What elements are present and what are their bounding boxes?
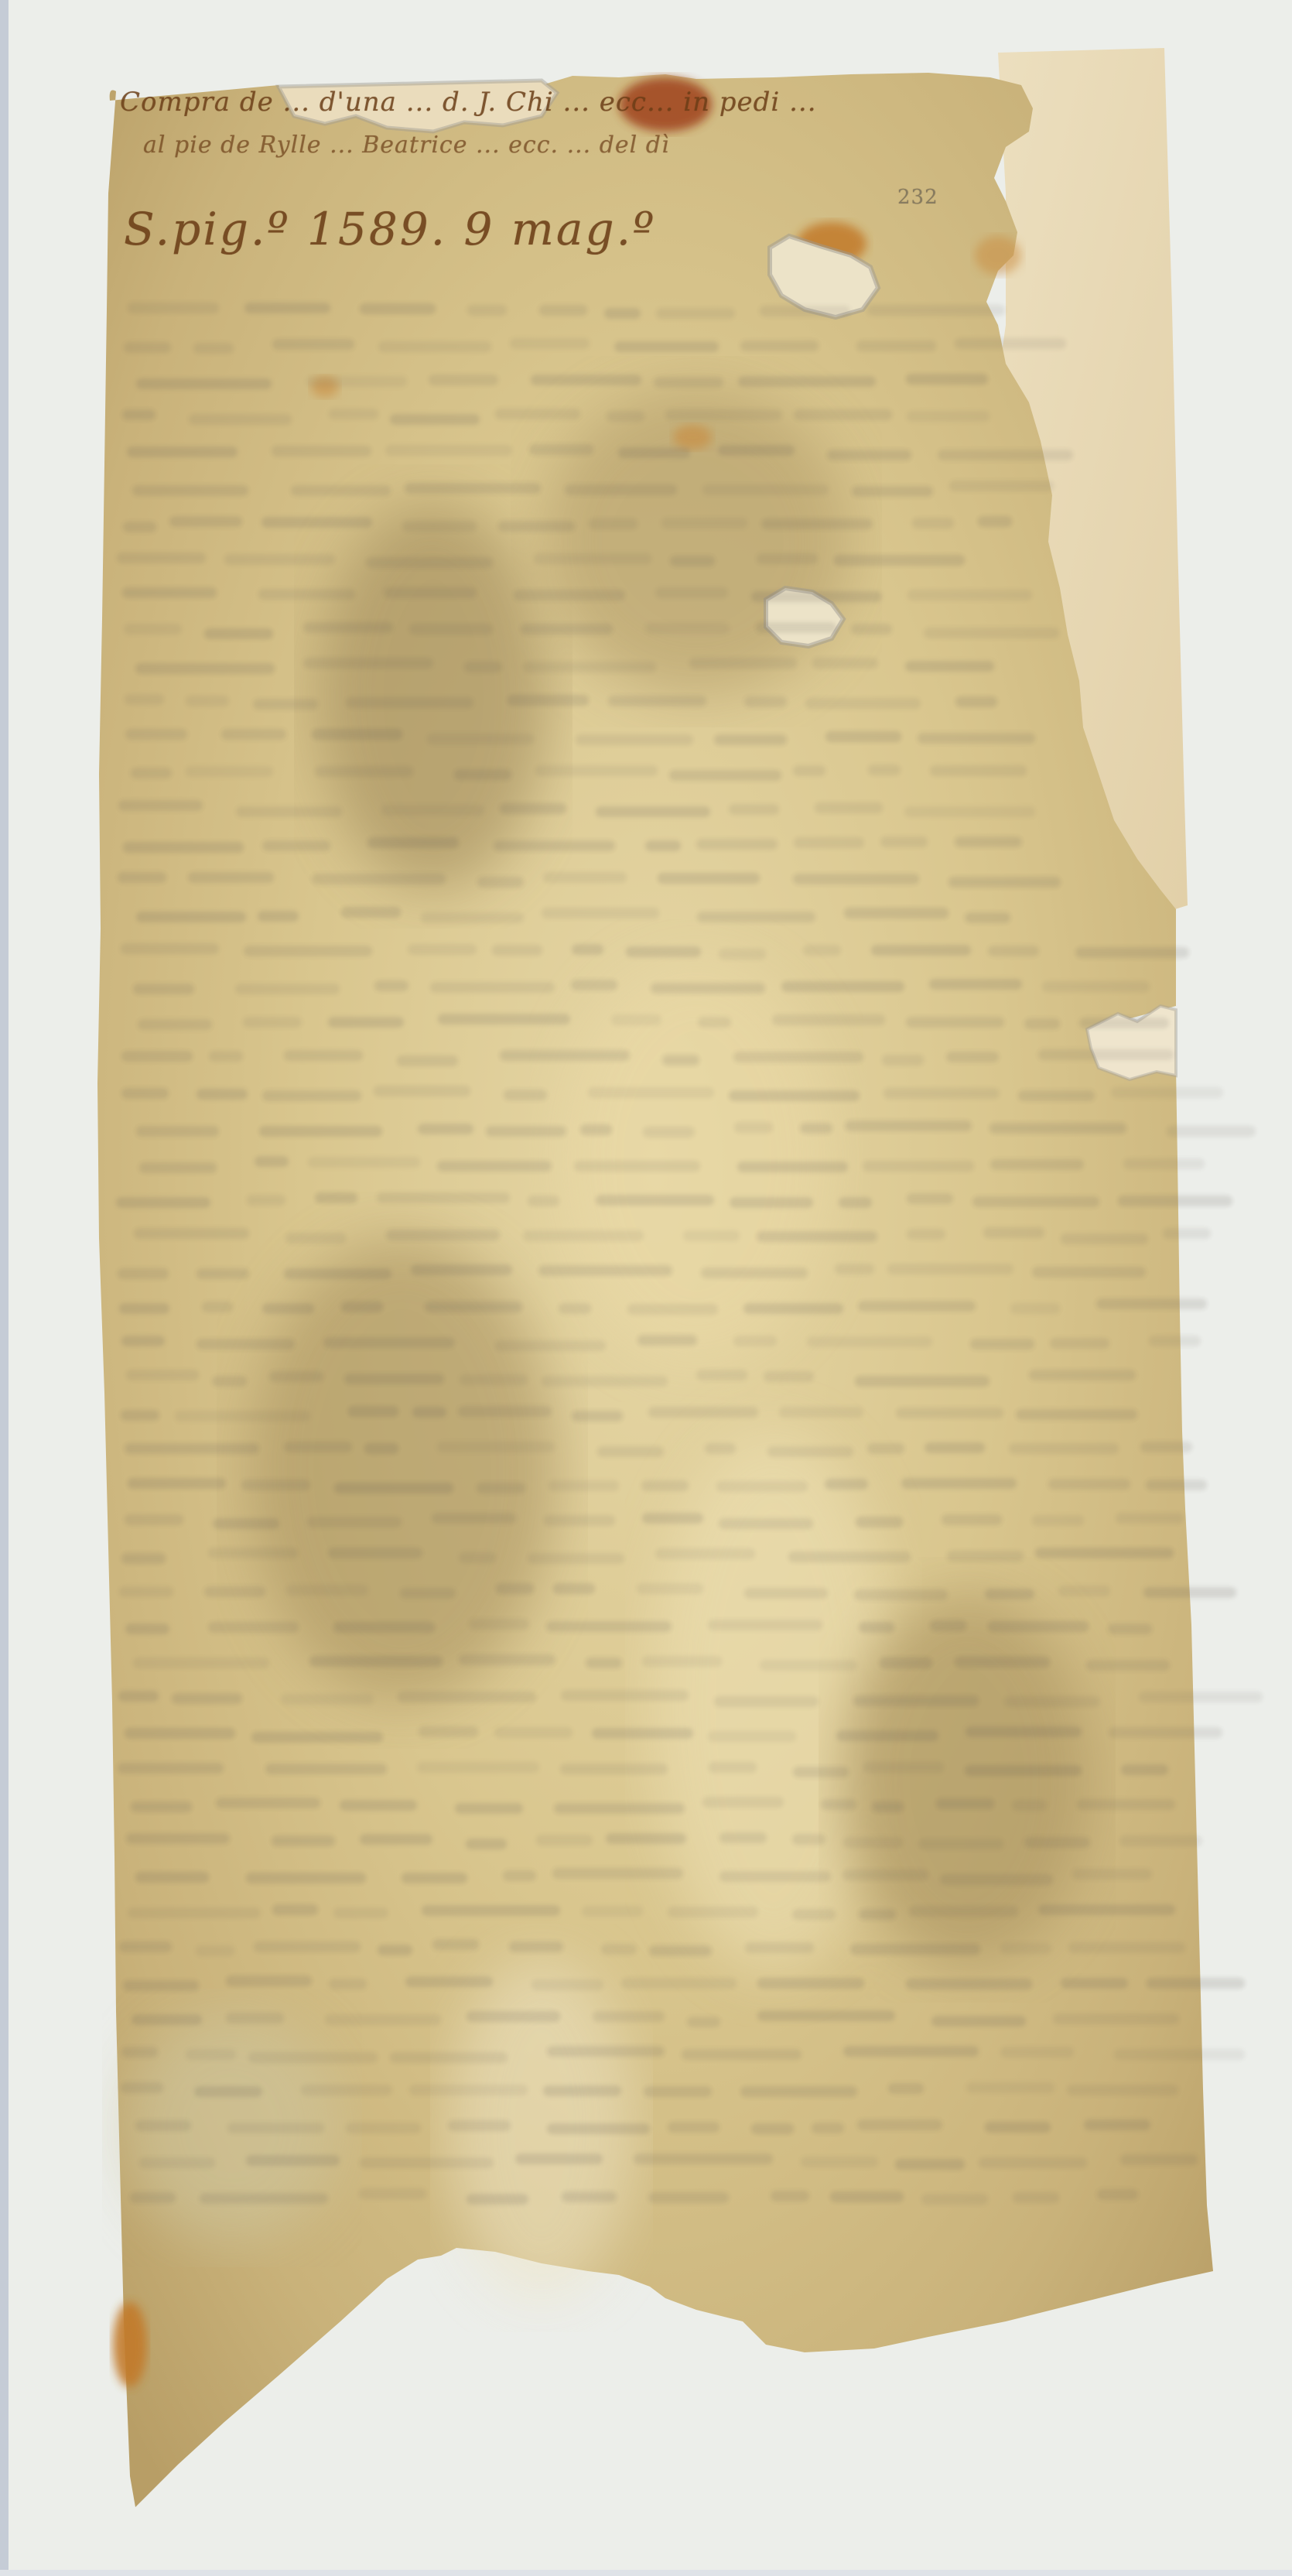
parchment-sheet [0,0,1292,2576]
header-title-line: Compra de ... d'una ... d. J. Chi ... ec… [120,87,817,118]
stain-orange-small [673,425,712,450]
scanner-bottom-edge [0,2570,1292,2576]
folio-number: 232 [897,186,938,209]
stain-orange-left-edge [113,2302,147,2387]
stain-orange-small-left [311,376,339,398]
header-date-line: S.pig.º 1589. 9 mag.º [124,203,656,255]
stain-orange-right [975,236,1021,275]
header-second-line: al pie de Rylle ... Beatrice ... ecc. ..… [143,132,670,159]
